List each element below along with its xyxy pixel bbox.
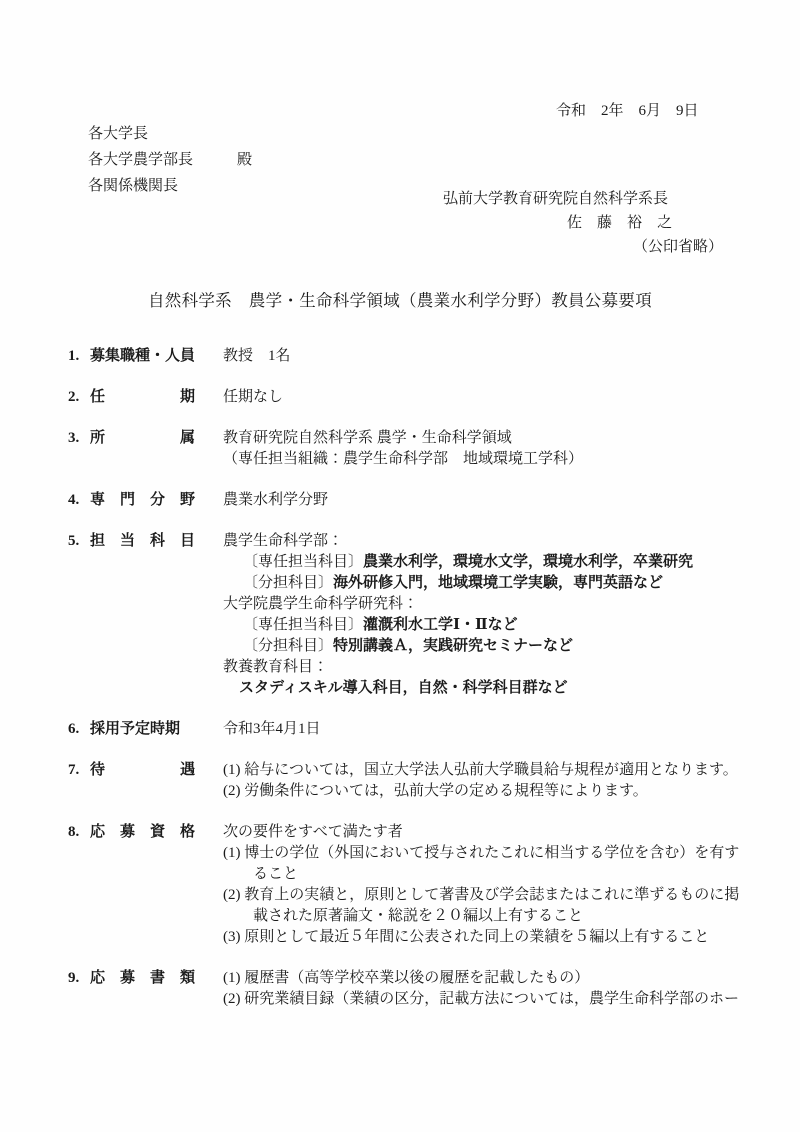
item-body: (1) 履歴書（高等学校卒業以後の履歴を記載したもの） (2) 研究業績目録（業… [223, 968, 739, 1010]
item-heading: 応 募 書 類 [90, 968, 202, 989]
item-9-application-documents: 9.応 募 書 類 (1) 履歴書（高等学校卒業以後の履歴を記載したもの） (2… [68, 968, 780, 1010]
item-line: (1) 給与については，国立大学法人弘前大学職員給与規程が適用となります。 [223, 760, 738, 781]
item-line: 教養教育科目： [223, 657, 693, 678]
item-7-compensation: 7.待 遇 (1) 給与については，国立大学法人弘前大学職員給与規程が適用となり… [68, 760, 780, 802]
item-line: 任期なし [223, 387, 283, 408]
item-line: (2) 労働条件については，弘前大学の定める規程等によります。 [223, 781, 738, 802]
item-heading: 任 期 [90, 387, 202, 408]
item-line: 〔分担科目〕海外研修入門，地域環境工学実験，専門英語など [243, 573, 693, 594]
course-names-bold: 海外研修入門，地域環境工学実験，専門英語など [333, 575, 663, 591]
item-body: 令和3年4月1日 [223, 719, 321, 740]
item-heading: 専 門 分 野 [90, 490, 202, 511]
item-number: 6. [68, 719, 90, 740]
sender-name: 佐 藤 裕 之 [567, 211, 672, 232]
course-names-bold: 灌漑利水工学Ⅰ・Ⅱなど [363, 617, 518, 633]
item-3-affiliation: 3.所 属 教育研究院自然科学系 農学・生命科学領域 （専任担当組織：農学生命科… [68, 428, 780, 470]
item-heading: 募集職種・人員 [90, 346, 202, 367]
honorific-dono: 殿 [237, 152, 252, 168]
line-text: 〔分担科目〕 [243, 575, 333, 591]
item-body: 次の要件をすべて満たす者 (1) 博士の学位（外国において授与されたこれに相当す… [223, 822, 739, 948]
item-list: 1.募集職種・人員 教授 1名 2.任 期 任期なし 3.所 属 教育研究院自然… [68, 346, 780, 1030]
item-heading: 応 募 資 格 [90, 822, 202, 843]
item-line: (3) 原則として最近５年間に公表された同上の業績を５編以上有すること [223, 927, 739, 948]
item-heading: 待 遇 [90, 760, 202, 781]
item-heading: 担 当 科 目 [90, 531, 202, 552]
item-label: 7.待 遇 [68, 760, 202, 781]
item-line: (1) 博士の学位（外国において授与されたこれに相当する学位を含む）を有す [223, 843, 739, 864]
item-label: 3.所 属 [68, 428, 202, 449]
item-body: 農学生命科学部： 〔専任担当科目〕農業水利学，環境水文学，環境水利学，卒業研究 … [223, 531, 693, 699]
item-line: 〔専任担当科目〕灌漑利水工学Ⅰ・Ⅱなど [243, 615, 693, 636]
item-number: 1. [68, 346, 90, 367]
item-number: 7. [68, 760, 90, 781]
item-body: 任期なし [223, 387, 283, 408]
item-1-recruited-position: 1.募集職種・人員 教授 1名 [68, 346, 780, 367]
addressee-agriculture-deans-text: 各大学農学部長 [88, 152, 193, 168]
course-names-bold: 特別講義Ａ，実践研究セミナーなど [333, 638, 573, 654]
item-label: 1.募集職種・人員 [68, 346, 202, 367]
item-6-start-date: 6.採用予定時期 令和3年4月1日 [68, 719, 780, 740]
item-body: (1) 給与については，国立大学法人弘前大学職員給与規程が適用となります。 (2… [223, 760, 738, 802]
item-body: 教授 1名 [223, 346, 291, 367]
item-line: 〔分担科目〕特別講義Ａ，実践研究セミナーなど [243, 636, 693, 657]
item-4-specialty-field: 4.専 門 分 野 農業水利学分野 [68, 490, 780, 511]
document-title: 自然科学系 農学・生命科学領域（農業水利学分野）教員公募要項 [0, 287, 800, 311]
addressee-block: 各大学長 各大学農学部長殿 各関係機関長 [88, 121, 252, 199]
line-text: 〔分担科目〕 [243, 638, 333, 654]
item-line: 令和3年4月1日 [223, 719, 321, 740]
item-number: 4. [68, 490, 90, 511]
item-line: （専任担当組織：農学生命科学部 地域環境工学科） [223, 449, 583, 470]
course-names-bold: 農業水利学，環境水文学，環境水利学，卒業研究 [363, 554, 693, 570]
date-line: 令和 2年 6月 9日 [556, 99, 699, 120]
item-line-continuation: 載された原著論文・総説を２０編以上有すること [253, 906, 739, 927]
line-text: 〔専任担当科目〕 [243, 554, 363, 570]
item-heading: 所 属 [90, 428, 202, 449]
item-line: スタディスキル導入科目，自然・科学科目群など [239, 678, 693, 699]
document-page: 令和 2年 6月 9日 各大学長 各大学農学部長殿 各関係機関長 弘前大学教育研… [0, 0, 800, 1132]
item-label: 2.任 期 [68, 387, 202, 408]
item-line: (1) 履歴書（高等学校卒業以後の履歴を記載したもの） [223, 968, 739, 989]
item-8-qualifications: 8.応 募 資 格 次の要件をすべて満たす者 (1) 博士の学位（外国において授… [68, 822, 780, 948]
item-label: 5.担 当 科 目 [68, 531, 202, 552]
item-number: 2. [68, 387, 90, 408]
item-number: 8. [68, 822, 90, 843]
item-label: 4.専 門 分 野 [68, 490, 202, 511]
item-line: (2) 研究業績目録（業績の区分，記載方法については，農学生命科学部のホー [223, 989, 739, 1010]
addressee-related-organizations: 各関係機関長 [88, 173, 252, 199]
item-2-term: 2.任 期 任期なし [68, 387, 780, 408]
item-line: 次の要件をすべて満たす者 [223, 822, 739, 843]
seal-omitted-note: （公印省略） [633, 235, 723, 256]
addressee-agriculture-deans: 各大学農学部長殿 [88, 147, 252, 173]
item-body: 農業水利学分野 [223, 490, 328, 511]
item-line: (2) 教育上の実績と，原則として著書及び学会誌またはこれに準ずるものに掲 [223, 885, 739, 906]
line-text: 〔専任担当科目〕 [243, 617, 363, 633]
course-names-bold: スタディスキル導入科目，自然・科学科目群など [239, 680, 568, 696]
addressee-university-presidents: 各大学長 [88, 121, 252, 147]
item-label: 8.応 募 資 格 [68, 822, 202, 843]
item-5-courses: 5.担 当 科 目 農学生命科学部： 〔専任担当科目〕農業水利学，環境水文学，環… [68, 531, 780, 699]
item-line: 農業水利学分野 [223, 490, 328, 511]
item-line-continuation: ること [253, 864, 739, 885]
item-line: 〔専任担当科目〕農業水利学，環境水文学，環境水利学，卒業研究 [243, 552, 693, 573]
item-label: 6.採用予定時期 [68, 719, 202, 740]
item-line: 教授 1名 [223, 346, 291, 367]
item-number: 9. [68, 968, 90, 989]
item-line: 教育研究院自然科学系 農学・生命科学領域 [223, 428, 583, 449]
item-body: 教育研究院自然科学系 農学・生命科学領域 （専任担当組織：農学生命科学部 地域環… [223, 428, 583, 470]
item-label: 9.応 募 書 類 [68, 968, 202, 989]
item-heading: 採用予定時期 [90, 719, 202, 740]
item-line: 農学生命科学部： [223, 531, 693, 552]
item-number: 3. [68, 428, 90, 449]
item-line: 大学院農学生命科学研究科： [223, 594, 693, 615]
sender-organization: 弘前大学教育研究院自然科学系長 [443, 187, 668, 208]
item-number: 5. [68, 531, 90, 552]
